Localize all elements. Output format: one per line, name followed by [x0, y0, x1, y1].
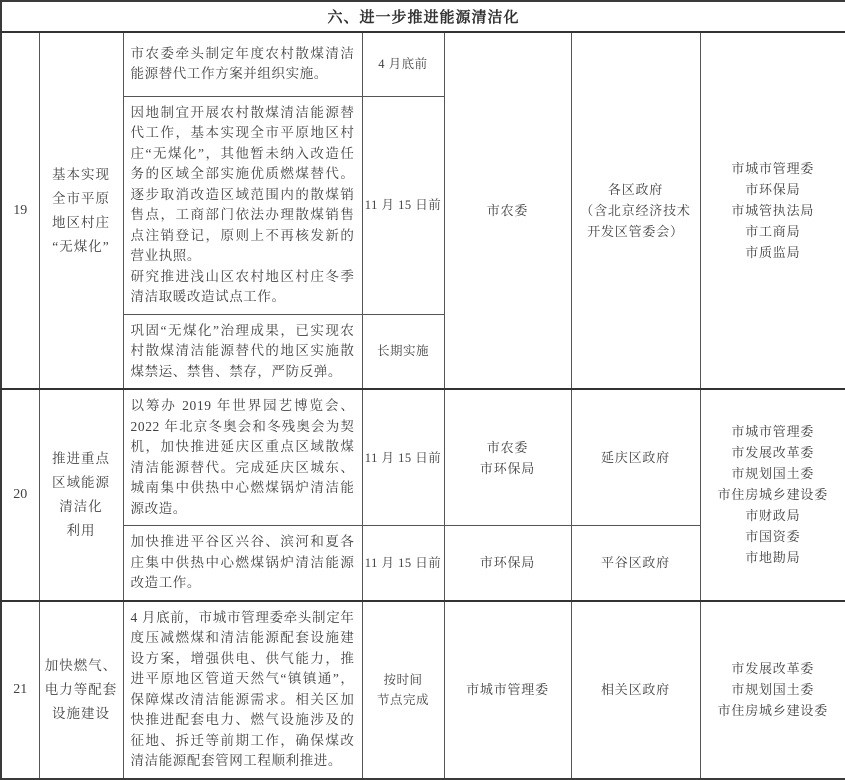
row-21-deadline-1: 按时间 节点完成 [362, 601, 444, 779]
row-20-number: 20 [1, 389, 39, 601]
row-21-task-name: 加快燃气、 电力等配套 设施建设 [39, 601, 123, 779]
row-20-district-govt-2: 平谷区政府 [571, 526, 700, 601]
row-19-deadline-2: 11 月 15 日前 [362, 96, 444, 314]
row-21-number: 21 [1, 601, 39, 779]
document-page: 六、进一步推进能源清洁化 19 基本实现 全市平原 地区村庄 “无煤化” 市农委… [0, 0, 845, 780]
row-20-measure-2: 加快推进平谷区兴谷、滨河和夏各庄集中供热中心燃煤锅炉清洁能源改造工作。 [123, 526, 362, 601]
row-19-deadline-3: 长期实施 [362, 314, 444, 389]
row-19-measure-2: 因地制宜开展农村散煤清洁能源替代工作，基本实现全市平原地区村庄“无煤化”，其他暂… [123, 96, 362, 314]
row-21-support-units: 市发展改革委 市规划国土委 市住房城乡建设委 [700, 601, 845, 779]
row-20-district-govt-1: 延庆区政府 [571, 389, 700, 526]
row-19-district-govt: 各区政府 （含北京经济技术开发区管委会） [571, 32, 700, 389]
section-title: 六、进一步推进能源清洁化 [1, 1, 845, 32]
action-plan-table: 六、进一步推进能源清洁化 19 基本实现 全市平原 地区村庄 “无煤化” 市农委… [0, 0, 845, 780]
row-20-support-units: 市城市管理委 市发展改革委 市规划国土委 市住房城乡建设委 市财政局 市国资委 … [700, 389, 845, 601]
row-20-task-name: 推进重点 区域能源 清洁化 利用 [39, 389, 123, 601]
row-20-lead-unit-1: 市农委 市环保局 [444, 389, 571, 526]
row-21-lead-unit: 市城市管理委 [444, 601, 571, 779]
row-20-deadline-2: 11 月 15 日前 [362, 526, 444, 601]
row-19-support-units: 市城市管理委 市环保局 市城管执法局 市工商局 市质监局 [700, 32, 845, 389]
row-19-task-name: 基本实现 全市平原 地区村庄 “无煤化” [39, 32, 123, 389]
row-19-lead-unit: 市农委 [444, 32, 571, 389]
row-19-measure-1: 市农委牵头制定年度农村散煤清洁能源替代工作方案并组织实施。 [123, 32, 362, 96]
row-19-deadline-1: 4 月底前 [362, 32, 444, 96]
row-21-measure-1: 4 月底前，市城市管理委牵头制定年度压减燃煤和清洁能源配套设施建设方案，增强供电… [123, 601, 362, 779]
row-20-lead-unit-2: 市环保局 [444, 526, 571, 601]
row-19-measure-3: 巩固“无煤化”治理成果，已实现农村散煤清洁能源替代的地区实施散煤禁运、禁售、禁存… [123, 314, 362, 389]
row-20-deadline-1: 11 月 15 日前 [362, 389, 444, 526]
row-21-district-govt: 相关区政府 [571, 601, 700, 779]
row-19-number: 19 [1, 32, 39, 389]
row-20-measure-1: 以筹办 2019 年世界园艺博览会、2022 年北京冬奥会和冬残奥会为契机，加快… [123, 389, 362, 526]
